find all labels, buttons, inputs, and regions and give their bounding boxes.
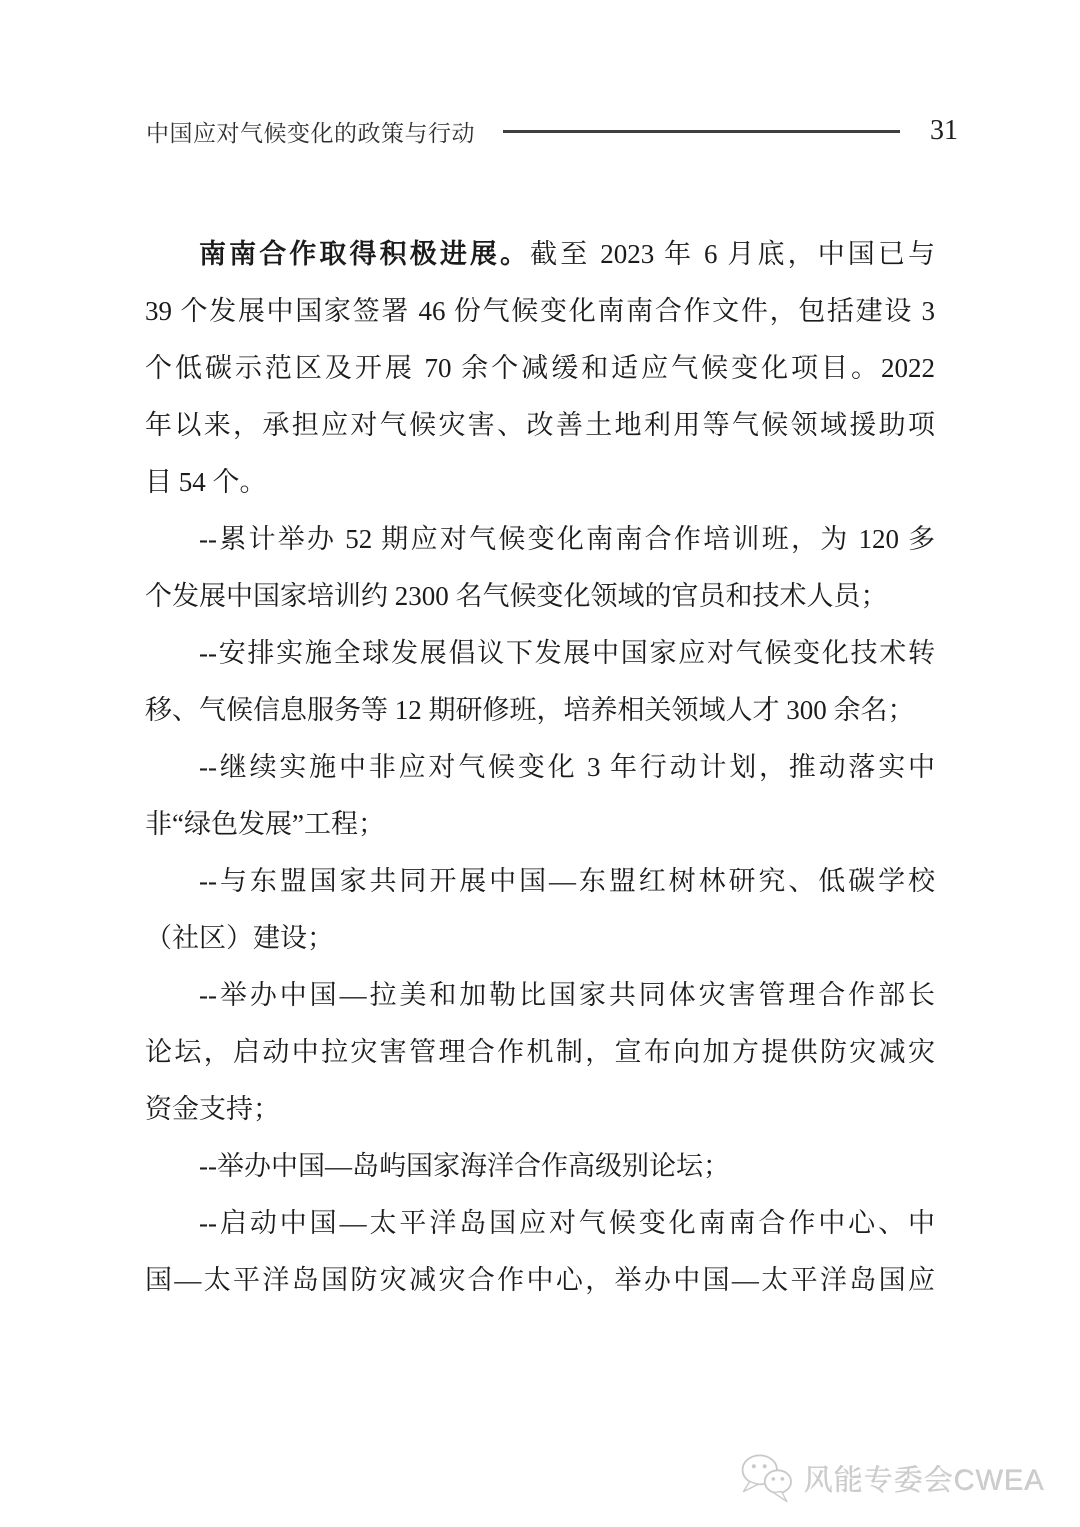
body-line: 论坛，启动中拉灾害管理合作机制，宣布向加方提供防灾减灾: [145, 1024, 935, 1081]
body-line: 39 个发展中国家签署 46 份气候变化南南合作文件，包括建设 3: [145, 283, 935, 340]
body-line: --累计举办 52 期应对气候变化南南合作培训班，为 120 多: [145, 511, 935, 568]
body-line: 移、气候信息服务等 12 期研修班，培养相关领域人才 300 余名；: [145, 682, 935, 739]
wechat-icon: [738, 1450, 796, 1506]
page-number: 31: [930, 115, 958, 147]
body-line: --与东盟国家共同开展中国—东盟红树林研究、低碳学校: [145, 853, 935, 910]
document-body: 南南合作取得积极进展。截至 2023 年 6 月底，中国已与 39 个发展中国家…: [145, 226, 935, 1309]
page-header: 中国应对气候变化的政策与行动 31: [146, 108, 958, 154]
body-line: --继续实施中非应对气候变化 3 年行动计划，推动落实中: [145, 739, 935, 796]
body-line: 国—太平洋岛国防灾减灾合作中心，举办中国—太平洋岛国应: [145, 1252, 935, 1309]
body-line: 个低碳示范区及开展 70 余个减缓和适应气候变化项目。2022: [145, 340, 935, 397]
watermark-text: 风能专委会CWEA: [804, 1458, 1045, 1499]
body-line: --安排实施全球发展倡议下发展中国家应对气候变化技术转: [145, 625, 935, 682]
document-page: 中国应对气候变化的政策与行动 31 南南合作取得积极进展。截至 2023 年 6…: [0, 0, 1080, 1527]
body-line: （社区）建设；: [145, 910, 935, 967]
body-line: 年以来，承担应对气候灾害、改善土地利用等气候领域援助项: [145, 397, 935, 454]
watermark: 风能专委会CWEA: [738, 1447, 1045, 1509]
body-line: 个发展中国家培训约 2300 名气候变化领域的官员和技术人员；: [145, 568, 935, 625]
body-line: 非“绿色发展”工程；: [145, 796, 935, 853]
body-text: 截至 2023 年 6 月底，中国已与: [530, 239, 935, 269]
body-line: --启动中国—太平洋岛国应对气候变化南南合作中心、中: [145, 1195, 935, 1252]
body-line: 南南合作取得积极进展。截至 2023 年 6 月底，中国已与: [145, 226, 935, 283]
header-title: 中国应对气候变化的政策与行动: [146, 115, 475, 148]
paragraph-lead-bold: 南南合作取得积极进展。: [199, 239, 530, 269]
body-line: 资金支持；: [145, 1081, 935, 1138]
body-line: --举办中国—拉美和加勒比国家共同体灾害管理合作部长: [145, 967, 935, 1024]
body-line: --举办中国—岛屿国家海洋合作高级别论坛；: [145, 1138, 935, 1195]
body-line: 目 54 个。: [145, 454, 935, 511]
header-rule: [503, 130, 900, 133]
